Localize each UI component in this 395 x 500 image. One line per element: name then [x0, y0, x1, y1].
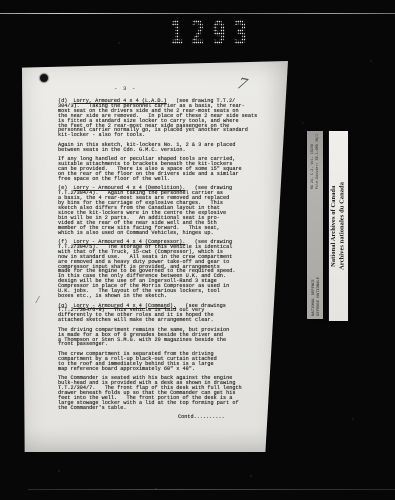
paragraph-body: The driving compartment remains the same…	[58, 327, 229, 348]
paragraph: Again in this sketch, kit-lockers No. 1,…	[58, 143, 284, 153]
paragraph-g: (g)Lorry - Armoured 4 x 4 (Command). (se…	[58, 304, 284, 324]
film-noise-specks	[0, 0, 2, 2]
paragraph-body: Again in this sketch, kit-lockers No. 1,…	[58, 142, 235, 153]
film-bottom-edge-line	[28, 489, 395, 490]
paragraph-body: (see drawing T.T.2/304/4). Again taking …	[58, 185, 232, 235]
paragraph-body: The Commander is seated with his back ag…	[58, 375, 242, 410]
paragraph: The crew compartment is separated from t…	[58, 352, 284, 372]
paragraph-e: (e)Lorry - Armoured 4 x 4 (Demolition). …	[58, 186, 284, 235]
paragraph: The Commander is seated with his back ag…	[58, 376, 284, 410]
microfilm-frame: 1293 - 3 - 7 / (d)Lorry, Armoured 4 x 4 …	[0, 0, 395, 500]
document-page: - 3 - 7 / (d)Lorry, Armoured 4 x 4 (L.A.…	[22, 61, 288, 452]
paragraph-body: (see drawing T.T.2/304/5). The storage o…	[58, 239, 235, 299]
margin-tick-mark: /	[35, 294, 40, 306]
national-defence-label: NATIONAL DEFENCEDEFENSE NATIONALE	[310, 277, 320, 316]
national-archives-label: National Archives of CanadaArchives nati…	[330, 182, 347, 270]
paragraph-d: (d)Lorry, Armoured 4 x 4 (L.A.D.) (see d…	[58, 99, 284, 138]
typewritten-text-block: (d)Lorry, Armoured 4 x 4 (L.A.D.) (see d…	[58, 99, 284, 420]
paragraph: If any long handled or peculiar shaped t…	[58, 157, 284, 182]
reference-label-strip: RG 24, C-2, Vol. 10258File-Dossier: 38-1…	[307, 131, 323, 319]
microfilm-frame-number: 1293	[170, 14, 255, 52]
paragraph-f: (f)Lorry - Armoured 4 x 4 (Compressor). …	[58, 240, 284, 299]
paragraph-body: (see drawing T.T.2/ 304/3). Taking the p…	[58, 98, 257, 138]
paragraph-body: If any long handled or peculiar shaped t…	[58, 156, 242, 182]
pencil-mark: 7	[234, 74, 251, 94]
ink-hole-punch-dot	[40, 74, 48, 82]
continued-note: Contd..........	[178, 415, 284, 420]
page-number: - 3 -	[114, 85, 136, 92]
paragraph: The driving compartment remains the same…	[58, 328, 284, 348]
archive-reference-codes: RG 24, C-2, Vol. 10258File-Dossier: 38-1…	[310, 134, 320, 189]
archives-label-strip: National Archives of CanadaArchives nati…	[328, 131, 349, 321]
paragraph-body: The crew compartment is separated from t…	[58, 351, 217, 372]
